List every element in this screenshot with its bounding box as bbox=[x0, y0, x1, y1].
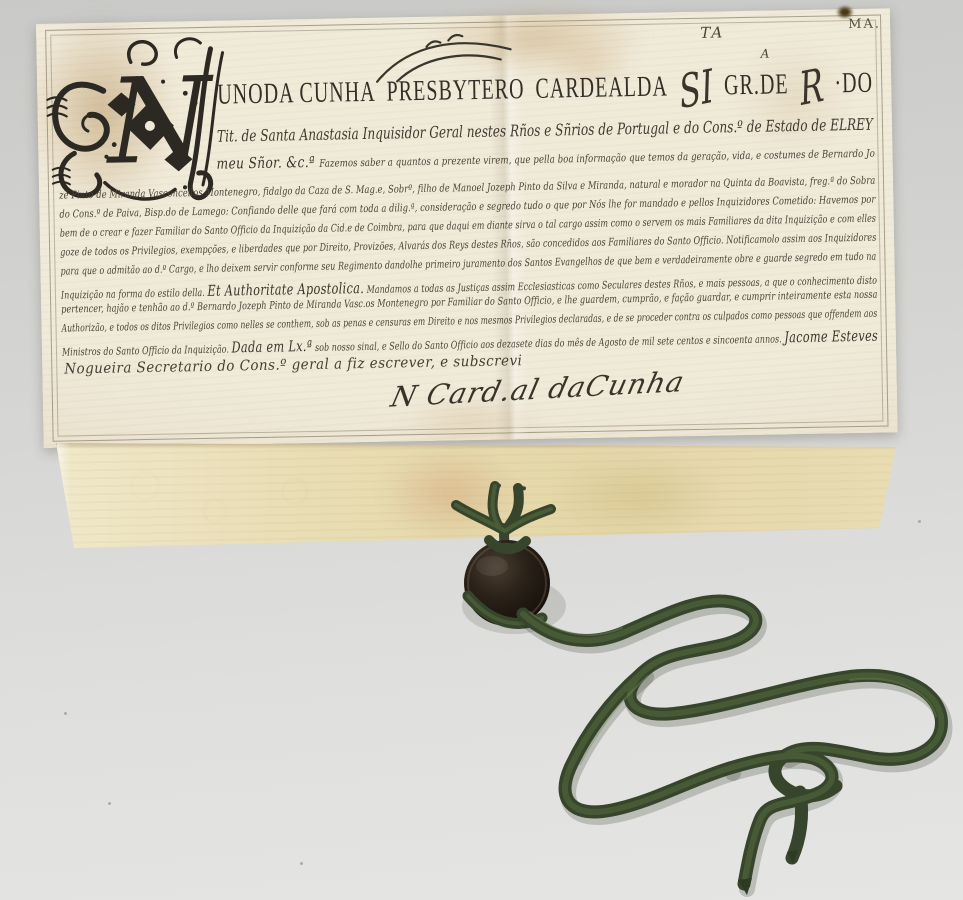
title-word: UNODA CUNHA bbox=[217, 76, 376, 112]
hanging-seal bbox=[464, 540, 550, 626]
swash-letters: SI bbox=[678, 72, 715, 106]
stain bbox=[555, 452, 725, 540]
ink-showthrough bbox=[105, 456, 365, 536]
ribbon-frayed-end bbox=[738, 878, 752, 895]
superscript-mark: TA bbox=[700, 23, 724, 41]
swash-letters: R bbox=[798, 71, 824, 103]
fold-edge-highlight bbox=[57, 443, 71, 548]
corner-mark: MA. bbox=[848, 17, 881, 33]
line-text: Ministros do Santo Officio da Inquizição… bbox=[62, 343, 232, 358]
dust-speck bbox=[64, 712, 67, 715]
dust-speck bbox=[300, 862, 303, 865]
title-word: CARDEALDA bbox=[535, 70, 668, 105]
emphasized-phrase: Jacome Esteves bbox=[784, 327, 878, 347]
seal-shadow bbox=[462, 578, 566, 634]
emphasized-phrase: Et Authoritate Apostolica. bbox=[207, 279, 364, 300]
dust-speck bbox=[918, 520, 921, 523]
title-word: GR.DE bbox=[724, 68, 789, 102]
title-word: PRESBYTERO bbox=[386, 73, 524, 109]
photograph-background: N bbox=[0, 0, 963, 900]
ribbon-frayed-end bbox=[787, 850, 798, 864]
line-text: Inquizição na forma do estilo della. bbox=[61, 287, 208, 302]
stain bbox=[380, 446, 520, 541]
emphasized-phrase: meu Sñor. &c.ª bbox=[216, 153, 319, 173]
parchment-fold-plica bbox=[50, 438, 902, 552]
ribbon-tangle bbox=[523, 601, 944, 895]
superscript-mark: A bbox=[761, 47, 770, 61]
title-word: ·DO bbox=[834, 67, 873, 101]
ribbon-over-seal bbox=[468, 540, 542, 623]
parchment-sheet: N bbox=[36, 8, 898, 448]
dust-speck bbox=[108, 802, 111, 805]
emphasized-phrase: Dada em Lx.ª bbox=[231, 337, 312, 356]
